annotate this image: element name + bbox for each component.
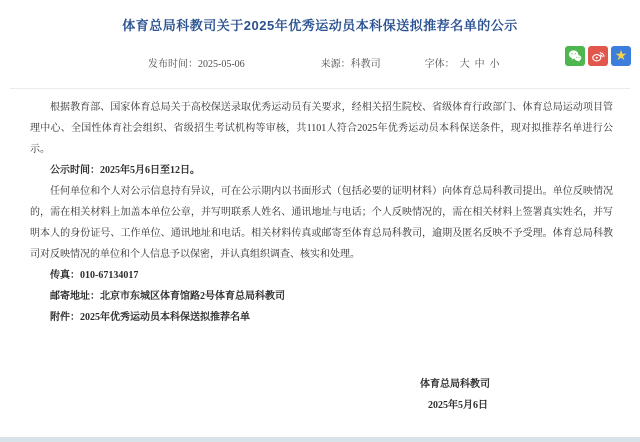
header-divider [10, 88, 630, 89]
address-label: 邮寄地址： [50, 291, 100, 302]
font-size-control: 字体：大中小 [425, 55, 500, 70]
source-label: 来源： [321, 59, 351, 70]
publish-time-label: 发布时间： [148, 59, 198, 70]
address-value: 北京市东城区体育馆路2号体育总局科教司 [100, 291, 285, 302]
page-title: 体育总局科教司关于2025年优秀运动员本科保送拟推荐名单的公示 [0, 0, 640, 34]
fax-line: 传真：010-67134017 [30, 265, 613, 286]
paragraph-intro: 根据教育部、国家体育总局关于高校保送录取优秀运动员有关要求，经相关招生院校、省级… [30, 97, 613, 160]
signature-date: 2025年5月6日 [30, 395, 490, 416]
attachment-label: 附件： [50, 312, 80, 323]
paragraph-objection: 任何单位和个人对公示信息持有异议，可在公示期内以书面形式（包括必要的证明材料）向… [30, 181, 613, 265]
publish-time-value: 2025-05-06 [198, 59, 245, 70]
wechat-share-icon[interactable] [565, 46, 585, 66]
fax-label: 传真： [50, 270, 80, 281]
font-size-medium-button[interactable]: 中 [475, 59, 485, 70]
source-value: 科教司 [351, 59, 381, 70]
fax-number: 010-67134017 [80, 270, 138, 281]
publicity-period: 公示时间：2025年5月6日至12日。 [30, 160, 613, 181]
weibo-share-icon[interactable] [588, 46, 608, 66]
attachment-line: 附件：2025年优秀运动员本科保送拟推荐名单 [30, 307, 613, 328]
star-glyph: ★ [615, 49, 628, 63]
share-bar: ★ [565, 46, 631, 66]
font-size-large-button[interactable]: 大 [460, 59, 470, 70]
font-size-label: 字体： [425, 59, 455, 70]
font-size-small-button[interactable]: 小 [490, 59, 500, 70]
article-meta: 发布时间：2025-05-06 来源：科教司 字体：大中小 [148, 55, 500, 70]
page-bottom-strip [0, 437, 640, 442]
source: 来源：科教司 [321, 55, 381, 70]
qzone-share-icon[interactable]: ★ [611, 46, 631, 66]
signature-org: 体育总局科教司 [30, 374, 490, 395]
signature-block: 体育总局科教司 2025年5月6日 [30, 374, 613, 416]
attachment-link[interactable]: 2025年优秀运动员本科保送拟推荐名单 [80, 312, 250, 323]
notice-page: 体育总局科教司关于2025年优秀运动员本科保送拟推荐名单的公示 发布时间：202… [0, 0, 640, 442]
publish-time: 发布时间：2025-05-06 [148, 55, 245, 70]
notice-body: 根据教育部、国家体育总局关于高校保送录取优秀运动员有关要求，经相关招生院校、省级… [30, 97, 613, 416]
address-line: 邮寄地址：北京市东城区体育馆路2号体育总局科教司 [30, 286, 613, 307]
